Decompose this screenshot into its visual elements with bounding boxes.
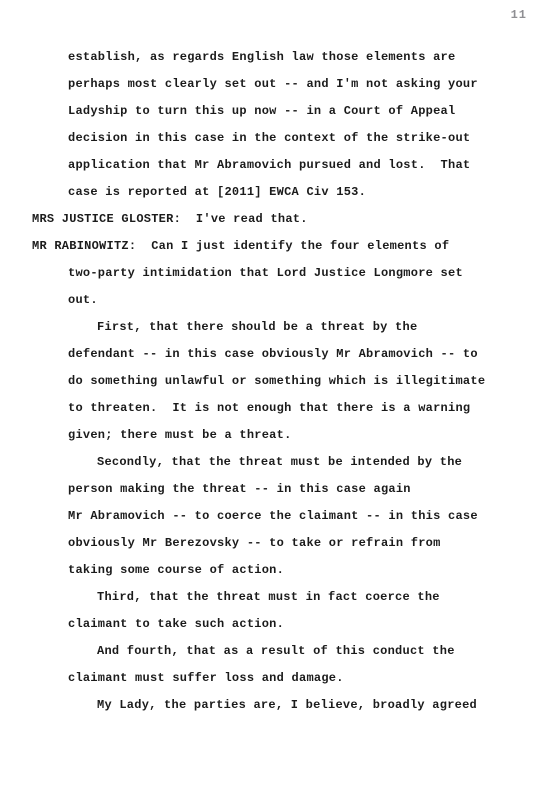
transcript-line: claimant must suffer loss and damage.	[68, 665, 558, 692]
transcript-line: Ladyship to turn this up now -- in a Cou…	[68, 98, 558, 125]
transcript-line: do something unlawful or something which…	[68, 368, 558, 395]
transcript-line: And fourth, that as a result of this con…	[97, 638, 558, 665]
page-number: 11	[511, 8, 527, 22]
transcript-line: Secondly, that the threat must be intend…	[97, 449, 558, 476]
transcript-line: out.	[68, 287, 558, 314]
transcript-line: to threaten. It is not enough that there…	[68, 395, 558, 422]
transcript-line: Third, that the threat must in fact coer…	[97, 584, 558, 611]
transcript-line: taking some course of action.	[68, 557, 558, 584]
transcript-line: Mr Abramovich -- to coerce the claimant …	[68, 503, 558, 530]
transcript-page: 11 establish, as regards English law tho…	[0, 0, 558, 789]
transcript-line: application that Mr Abramovich pursued a…	[68, 152, 558, 179]
transcript-line: claimant to take such action.	[68, 611, 558, 638]
transcript-line: establish, as regards English law those …	[68, 44, 558, 71]
transcript-line: obviously Mr Berezovsky -- to take or re…	[68, 530, 558, 557]
transcript-line: given; there must be a threat.	[68, 422, 558, 449]
transcript-line: case is reported at [2011] EWCA Civ 153.	[68, 179, 558, 206]
transcript-line: My Lady, the parties are, I believe, bro…	[97, 692, 558, 719]
transcript-line: defendant -- in this case obviously Mr A…	[68, 341, 558, 368]
transcript-line: perhaps most clearly set out -- and I'm …	[68, 71, 558, 98]
transcript-line: First, that there should be a threat by …	[97, 314, 558, 341]
transcript-line: two-party intimidation that Lord Justice…	[68, 260, 558, 287]
transcript-line: person making the threat -- in this case…	[68, 476, 558, 503]
transcript-line-speaker: MRS JUSTICE GLOSTER: I've read that.	[32, 206, 558, 233]
transcript-line-speaker: MR RABINOWITZ: Can I just identify the f…	[32, 233, 558, 260]
transcript-line: decision in this case in the context of …	[68, 125, 558, 152]
transcript-body: establish, as regards English law those …	[0, 44, 558, 719]
